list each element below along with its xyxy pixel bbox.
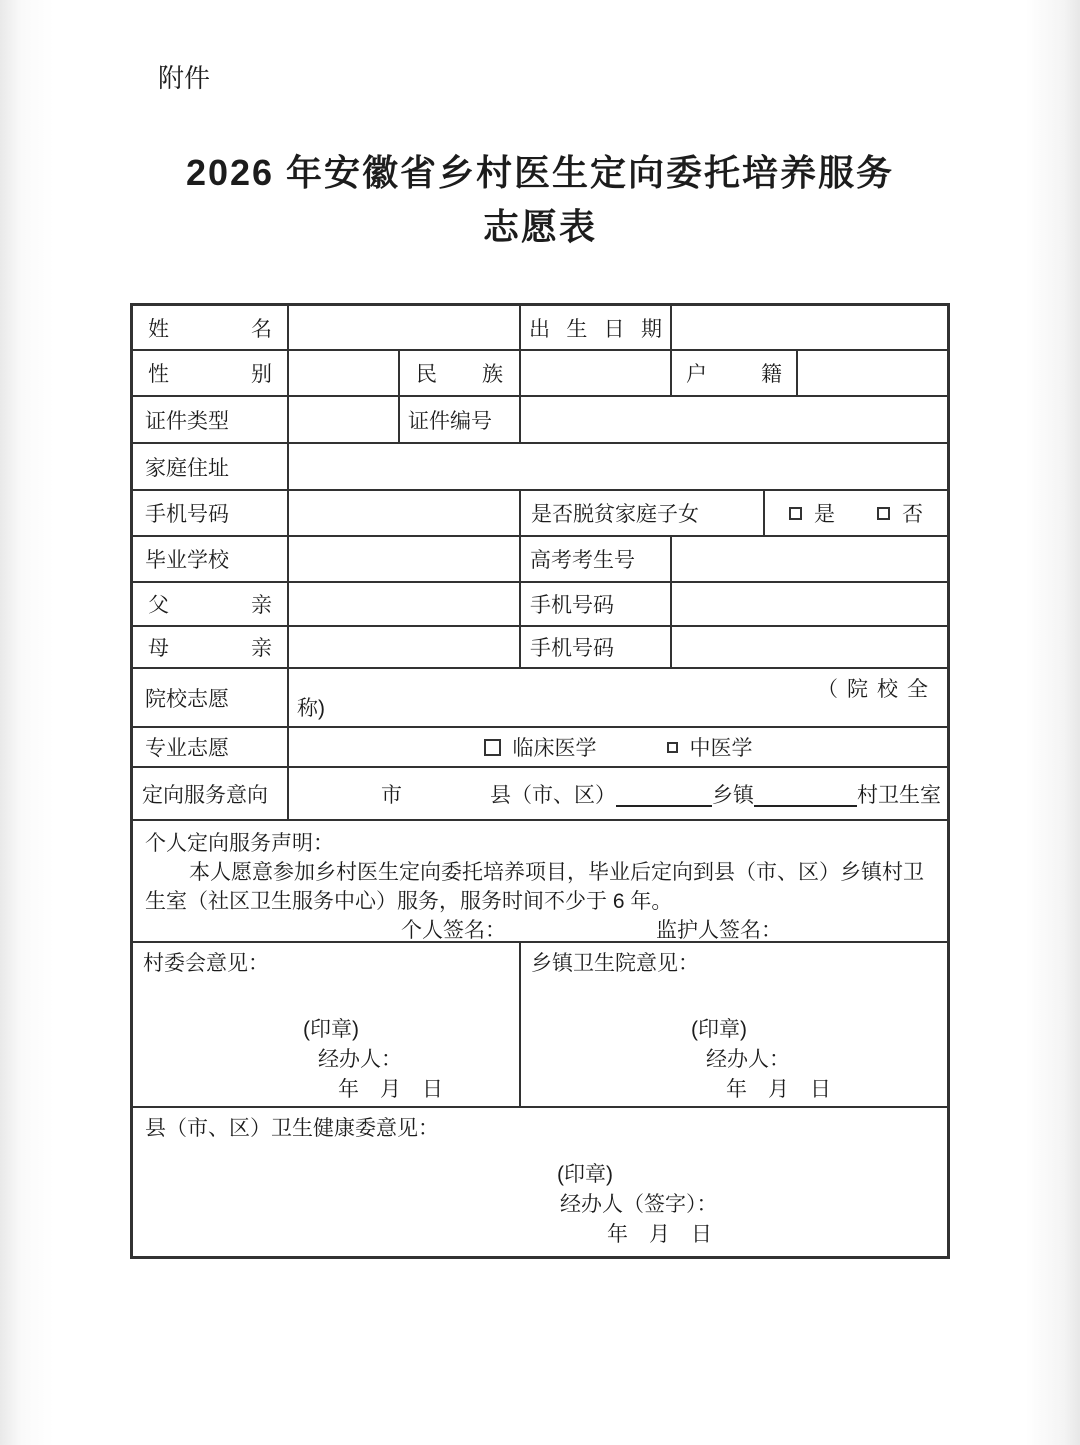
row-service-intention: 定向服务意向 市 县（市、区） 乡镇 村卫生室	[133, 768, 947, 821]
tcm-option: 中医学	[667, 732, 753, 762]
name-label: 姓 名	[133, 313, 287, 343]
town-blank-line	[754, 781, 857, 807]
college-note-end: 称)	[297, 692, 325, 722]
village-committee-date: 年 月 日	[338, 1075, 509, 1105]
mother-label: 母 亲	[133, 632, 287, 662]
service-intention-value-cell: 市 县（市、区） 乡镇 村卫生室	[289, 768, 947, 819]
father-label: 父 亲	[133, 589, 287, 619]
college-note-start: （院校全	[817, 673, 937, 703]
gender-label-cell: 性 别	[133, 351, 289, 395]
gaokao-number-label: 高考考生号	[521, 544, 635, 574]
father-mobile-value-cell	[672, 583, 947, 625]
row-gender-ethnicity-household: 性 别 民 族 户 籍	[133, 351, 947, 397]
row-declaration: 个人定向服务声明： 本人愿意参加乡村医生定向委托培养项目，毕业后定向到县（市、区…	[133, 821, 947, 943]
ethnicity-label-cell: 民 族	[400, 351, 521, 395]
row-home-address: 家庭住址	[133, 444, 947, 491]
father-mobile-label-cell: 手机号码	[521, 583, 672, 625]
township-hospital-handler: 经办人：	[706, 1045, 937, 1075]
id-type-label: 证件类型	[133, 405, 229, 435]
service-town-label: 乡镇	[712, 779, 754, 809]
college-wish-label-cell: 院校志愿	[133, 669, 289, 726]
title-line-2: 志愿表	[0, 200, 1080, 254]
county-health-date: 年 月 日	[607, 1220, 935, 1250]
row-college-wish: 院校志愿 （院校全 称)	[133, 669, 947, 728]
county-health-handler: 经办人（签字）：	[560, 1190, 935, 1220]
service-county-label: 县（市、区）	[490, 779, 616, 809]
home-address-label-cell: 家庭住址	[133, 444, 289, 489]
father-value-cell	[289, 583, 521, 625]
document-page: 附件 2026 年安徽省乡村医生定向委托培养服务 志愿表 姓 名 出生日期 性 …	[0, 0, 1080, 1445]
college-wish-value-cell: （院校全 称)	[289, 669, 947, 726]
gaokao-number-label-cell: 高考考生号	[521, 537, 672, 581]
row-major-wish: 专业志愿 临床医学 中医学	[133, 728, 947, 768]
township-hospital-title: 乡镇卫生院意见：	[531, 949, 937, 979]
village-committee-cell: 村委会意见： (印章) 经办人： 年 月 日	[133, 943, 521, 1106]
village-committee-seal: (印章)	[303, 1015, 509, 1045]
gaokao-number-value-cell	[672, 537, 947, 581]
home-address-label: 家庭住址	[133, 452, 229, 482]
row-mother: 母 亲 手机号码	[133, 627, 947, 669]
graduate-school-label-cell: 毕业学校	[133, 537, 289, 581]
guardian-sign-label: 监护人签名：	[656, 916, 782, 941]
home-address-value-cell	[289, 444, 947, 489]
county-health-seal: (印章)	[557, 1160, 935, 1190]
county-health-title: 县（市、区）卫生健康委意见：	[145, 1114, 935, 1144]
father-mobile-label: 手机号码	[521, 589, 614, 619]
declaration-title: 个人定向服务声明：	[145, 829, 935, 858]
id-type-label-cell: 证件类型	[133, 397, 289, 442]
declaration-sign-row: 个人签名： 监护人签名：	[145, 916, 935, 941]
gender-label: 性 别	[133, 358, 287, 388]
row-name-birth: 姓 名 出生日期	[133, 306, 947, 351]
mother-mobile-label-cell: 手机号码	[521, 627, 672, 667]
poverty-question-cell: 是否脱贫家庭子女	[521, 491, 765, 535]
graduate-school-value-cell	[289, 537, 521, 581]
mother-mobile-label: 手机号码	[521, 632, 614, 662]
poverty-options-cell: 是 否	[765, 491, 947, 535]
id-number-label: 证件编号	[400, 405, 492, 435]
application-form-table: 姓 名 出生日期 性 别 民 族 户 籍 证件	[130, 303, 950, 1259]
row-school-gaokao: 毕业学校 高考考生号	[133, 537, 947, 583]
declaration-cell: 个人定向服务声明： 本人愿意参加乡村医生定向委托培养项目，毕业后定向到县（市、区…	[133, 821, 947, 941]
service-intention-label-cell: 定向服务意向	[133, 768, 289, 819]
service-city-label: 市	[381, 779, 402, 809]
township-hospital-cell: 乡镇卫生院意见： (印章) 经办人： 年 月 日	[521, 943, 947, 1106]
clinical-medicine-checkbox[interactable]	[484, 739, 501, 756]
declaration-line-1: 本人愿意参加乡村医生定向委托培养项目，毕业后定向到县（市、区）乡镇村卫	[145, 858, 935, 887]
row-father: 父 亲 手机号码	[133, 583, 947, 627]
village-committee-handler: 经办人：	[318, 1045, 509, 1075]
major-wish-label: 专业志愿	[133, 732, 229, 762]
clinical-medicine-option: 临床医学	[484, 732, 597, 762]
household-label: 户 籍	[672, 358, 796, 388]
row-mobile-poverty: 手机号码 是否脱贫家庭子女 是 否	[133, 491, 947, 537]
tcm-label: 中医学	[690, 732, 753, 762]
id-number-label-cell: 证件编号	[400, 397, 521, 442]
poverty-question-label: 是否脱贫家庭子女	[521, 498, 699, 528]
document-title: 2026 年安徽省乡村医生定向委托培养服务 志愿表	[0, 146, 1080, 254]
ethnicity-label: 民 族	[400, 358, 519, 388]
village-committee-title: 村委会意见：	[143, 949, 509, 979]
poverty-no-option: 否	[877, 498, 923, 528]
mother-value-cell	[289, 627, 521, 667]
service-intention-label: 定向服务意向	[133, 779, 268, 809]
ethnicity-value-cell	[521, 351, 672, 395]
id-type-value-cell	[289, 397, 400, 442]
row-county-health: 县（市、区）卫生健康委意见： (印章) 经办人（签字）： 年 月 日	[133, 1108, 947, 1256]
major-options-cell: 临床医学 中医学	[289, 728, 947, 766]
household-label-cell: 户 籍	[672, 351, 798, 395]
mobile-value-cell	[289, 491, 521, 535]
mobile-label: 手机号码	[133, 498, 229, 528]
poverty-no-label: 否	[902, 498, 923, 528]
township-hospital-date: 年 月 日	[726, 1075, 937, 1105]
birth-date-label: 出生日期	[521, 313, 670, 343]
row-opinions: 村委会意见： (印章) 经办人： 年 月 日 乡镇卫生院意见： (印章) 经办人…	[133, 943, 947, 1108]
clinical-medicine-label: 临床医学	[513, 732, 597, 762]
graduate-school-label: 毕业学校	[133, 544, 229, 574]
mobile-label-cell: 手机号码	[133, 491, 289, 535]
personal-sign-label: 个人签名：	[401, 916, 506, 941]
service-village-label: 村卫生室	[857, 779, 941, 809]
poverty-yes-option: 是	[789, 498, 835, 528]
mother-label-cell: 母 亲	[133, 627, 289, 667]
row-id-type-number: 证件类型 证件编号	[133, 397, 947, 444]
county-health-cell: 县（市、区）卫生健康委意见： (印章) 经办人（签字）： 年 月 日	[133, 1108, 947, 1256]
mother-mobile-value-cell	[672, 627, 947, 667]
name-label-cell: 姓 名	[133, 306, 289, 349]
tcm-checkbox[interactable]	[667, 742, 678, 753]
major-wish-label-cell: 专业志愿	[133, 728, 289, 766]
township-hospital-seal: (印章)	[691, 1015, 937, 1045]
name-value-cell	[289, 306, 521, 349]
id-number-value-cell	[521, 397, 947, 442]
attachment-label: 附件	[158, 58, 210, 95]
father-label-cell: 父 亲	[133, 583, 289, 625]
household-value-cell	[798, 351, 947, 395]
gender-value-cell	[289, 351, 400, 395]
title-line-1: 2026 年安徽省乡村医生定向委托培养服务	[0, 146, 1080, 200]
poverty-yes-checkbox[interactable]	[789, 507, 802, 520]
county-blank-line	[616, 781, 712, 807]
poverty-no-checkbox[interactable]	[877, 507, 890, 520]
birth-date-label-cell: 出生日期	[521, 306, 672, 349]
birth-date-value-cell	[672, 306, 947, 349]
poverty-yes-label: 是	[814, 498, 835, 528]
declaration-line-2: 生室（社区卫生服务中心）服务，服务时间不少于 6 年。	[145, 887, 935, 916]
college-wish-label: 院校志愿	[133, 683, 229, 713]
